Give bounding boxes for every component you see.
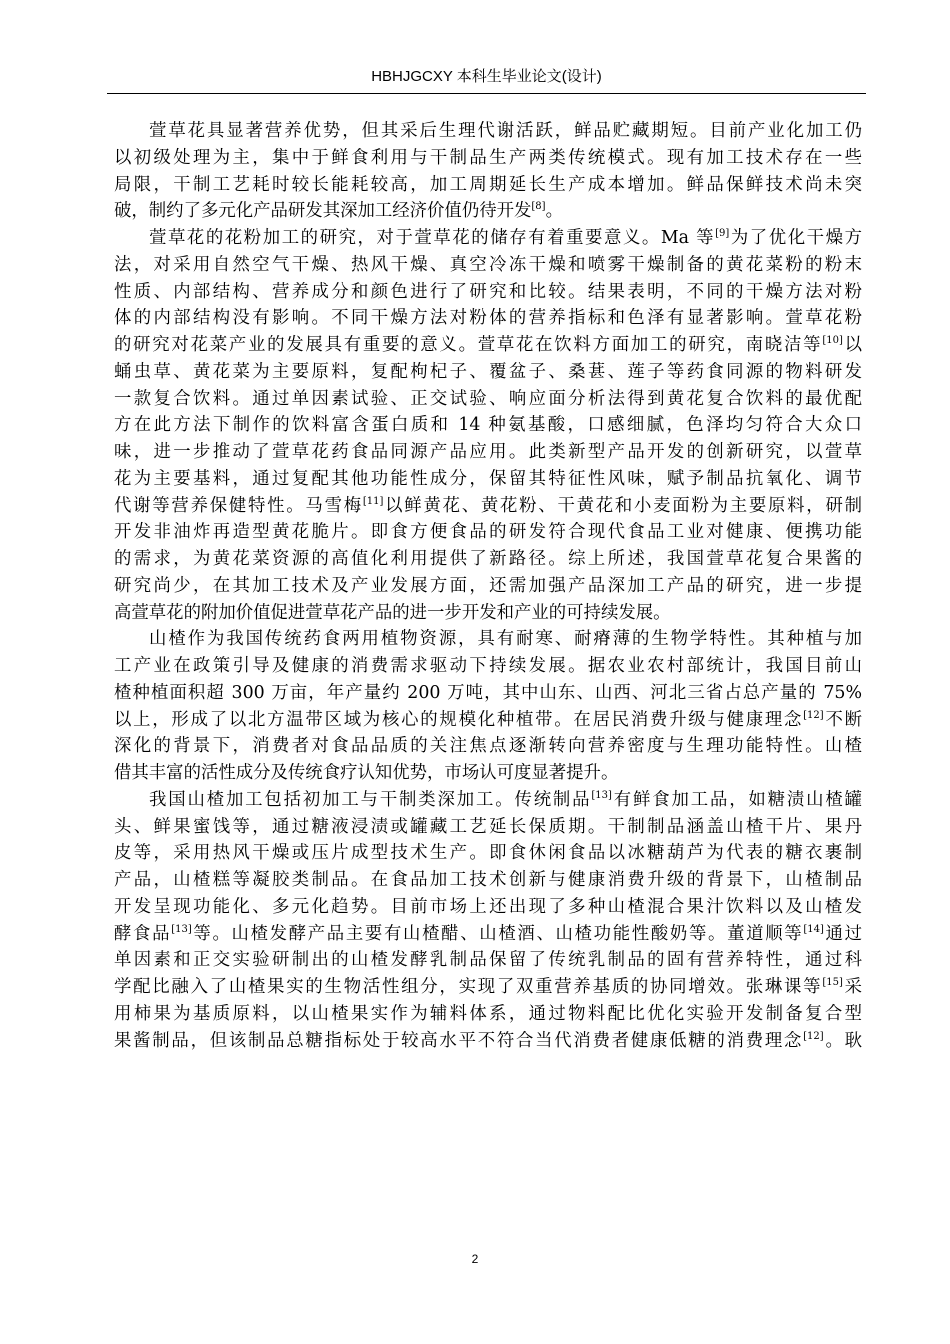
text-line: 酵食品[13]等。山楂发酵产品主要有山楂醋、山楂酒、山楂功能性酸奶等。董道顺等[… (114, 921, 862, 948)
text-line: 用柿果为基质原料，以山楂果实作为辅料体系，通过物料配比优化实验开发制备复合型 (114, 1001, 862, 1028)
paragraph: 我国山楂加工包括初加工与干制类深加工。传统制品[13]有鲜食加工品，如糖渍山楂罐… (114, 787, 862, 1055)
paragraph: 山楂作为我国传统药食两用植物资源，具有耐寒、耐瘠薄的生物学特性。其种植与加工产业… (114, 626, 862, 787)
text-line: 皮等，采用热风干燥或压片成型技术生产。即食休闲食品以冰糖葫芦为代表的糖衣裹制 (114, 840, 862, 867)
text-line: 破，制约了多元化产品研发其深加工经济价值仍待开发[8]。 (114, 198, 862, 225)
text-line: 蛹虫草、黄花菜为主要原料，复配枸杞子、覆盆子、桑葚、莲子等药食同源的物料研发 (114, 359, 862, 386)
citation-marker: [12] (803, 710, 824, 721)
citation-marker: [13] (171, 924, 192, 935)
text-line: 单因素和正交实验研制出的山楂发酵乳制品保留了传统乳制品的固有营养特性，通过科 (114, 947, 862, 974)
text-line: 萱草花具显著营养优势，但其采后生理代谢活跃，鲜品贮藏期短。目前产业化加工仍 (114, 118, 862, 145)
citation-marker: [8] (531, 201, 545, 212)
text-line: 花为主要基料，通过复配其他功能性成分，保留其特征性风味，赋予制品抗氧化、调节 (114, 466, 862, 493)
citation-marker: [11] (363, 496, 384, 507)
text-line: 局限，干制工艺耗时较长能耗较高，加工周期延长生产成本增加。鲜品保鲜技术尚未突 (114, 172, 862, 199)
text-line: 楂种植面积超 300 万亩，年产量约 200 万吨，其中山东、山西、河北三省占总… (114, 680, 862, 707)
citation-marker: [14] (803, 924, 824, 935)
citation-marker: [13] (591, 790, 612, 801)
citation-marker: [15] (822, 977, 843, 988)
text-line: 学配比融入了山楂果实的生物活性组分，实现了双重营养基质的协同增效。张琳课等[15… (114, 974, 862, 1001)
text-line: 我国山楂加工包括初加工与干制类深加工。传统制品[13]有鲜食加工品，如糖渍山楂罐 (114, 787, 862, 814)
running-header: HBHJGCXY 本科生毕业论文(设计) (107, 66, 866, 93)
text-line: 开发呈现功能化、多元化趋势。目前市场上还出现了多种山楂混合果汁饮料以及山楂发 (114, 894, 862, 921)
document-body: 萱草花具显著营养优势，但其采后生理代谢活跃，鲜品贮藏期短。目前产业化加工仍以初级… (114, 118, 862, 1054)
text-line: 萱草花的花粉加工的研究，对于萱草花的储存有着重要意义。Ma 等[9]为了优化干燥… (114, 225, 862, 252)
text-line: 方在此方法下制作的饮料富含蛋白质和 14 种氨基酸，口感细腻，色泽均匀符合大众口 (114, 412, 862, 439)
text-line: 高萱草花的附加价值促进萱草花产品的进一步开发和产业的可持续发展。 (114, 600, 862, 627)
citation-marker: [10] (822, 335, 843, 346)
text-line: 性质、内部结构、营养成分和颜色进行了研究和比较。结果表明，不同的干燥方法对粉 (114, 279, 862, 306)
text-line: 以上，形成了以北方温带区域为核心的规模化种植带。在居民消费升级与健康理念[12]… (114, 707, 862, 734)
text-line: 以初级处理为主，集中于鲜食利用与干制品生产两类传统模式。现有加工技术存在一些 (114, 145, 862, 172)
text-line: 山楂作为我国传统药食两用植物资源，具有耐寒、耐瘠薄的生物学特性。其种植与加 (114, 626, 862, 653)
text-line: 味，进一步推动了萱草花药食品同源产品应用。此类新型产品开发的创新研究，以萱草 (114, 439, 862, 466)
text-line: 工产业在政策引导及健康的消费需求驱动下持续发展。据农业农村部统计，我国目前山 (114, 653, 862, 680)
page-number: 2 (0, 1252, 950, 1266)
text-line: 深化的背景下，消费者对食品品质的关注焦点逐渐转向营养密度与生理功能特性。山楂 (114, 733, 862, 760)
header-rule (107, 93, 866, 94)
text-line: 的研究对花菜产业的发展具有重要的意义。萱草花在饮料方面加工的研究，南晓洁等[10… (114, 332, 862, 359)
text-line: 体的内部结构没有影响。不同干燥方法对粉体的营养指标和色泽有显著影响。萱草花粉 (114, 305, 862, 332)
text-line: 研究尚少，在其加工技术及产业发展方面，还需加强产品深加工产品的研究，进一步提 (114, 573, 862, 600)
paragraph: 萱草花的花粉加工的研究，对于萱草花的储存有着重要意义。Ma 等[9]为了优化干燥… (114, 225, 862, 626)
citation-marker: [12] (803, 1031, 824, 1042)
paragraph: 萱草花具显著营养优势，但其采后生理代谢活跃，鲜品贮藏期短。目前产业化加工仍以初级… (114, 118, 862, 225)
text-line: 的需求，为黄花菜资源的高值化利用提供了新路径。综上所述，我国萱草花复合果酱的 (114, 546, 862, 573)
text-line: 法，对采用自然空气干燥、热风干燥、真空冷冻干燥和喷雾干燥制备的黄花菜粉的粉末 (114, 252, 862, 279)
text-line: 借其丰富的活性成分及传统食疗认知优势，市场认可度显著提升。 (114, 760, 862, 787)
citation-marker: [9] (715, 228, 729, 239)
text-line: 代谢等营养保健特性。马雪梅[11]以鲜黄花、黄花粉、干黄花和小麦面粉为主要原料，… (114, 493, 862, 520)
text-line: 开发非油炸再造型黄花脆片。即食方便食品的研发符合现代食品工业对健康、便携功能 (114, 519, 862, 546)
text-line: 一款复合饮料。通过单因素试验、正交试验、响应面分析法得到黄花复合饮料的最优配 (114, 386, 862, 413)
text-line: 产品，山楂糕等凝胶类制品。在食品加工技术创新与健康消费升级的背景下，山楂制品 (114, 867, 862, 894)
text-line: 头、鲜果蜜饯等，通过糖液浸渍或罐藏工艺延长保质期。干制制品涵盖山楂干片、果丹 (114, 814, 862, 841)
text-line: 果酱制品，但该制品总糖指标处于较高水平不符合当代消费者健康低糖的消费理念[12]… (114, 1028, 862, 1055)
